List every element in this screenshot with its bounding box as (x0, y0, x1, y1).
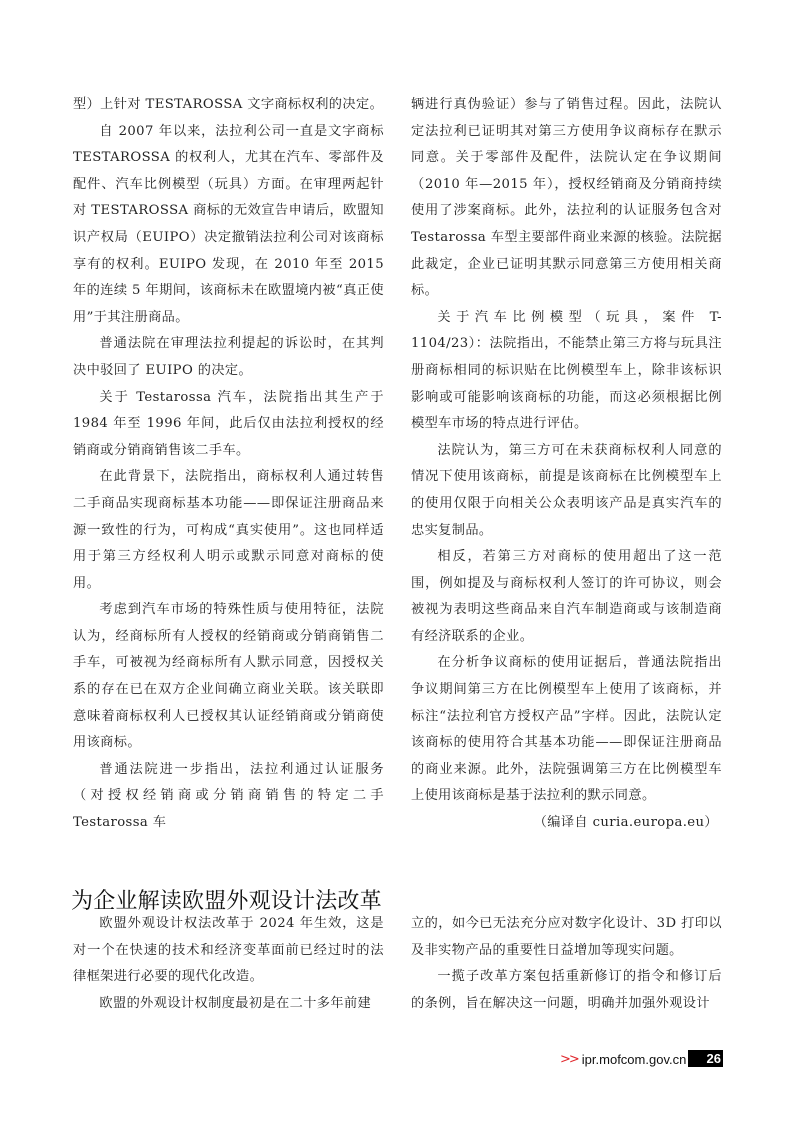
double-chevron-right-icon: >> (560, 1052, 578, 1067)
paragraph: 欧盟外观设计权法改革于 2024 年生效，这是对一个在快速的技术和经济变革面前已… (73, 911, 384, 991)
article2-left-column: 欧盟外观设计权法改革于 2024 年生效，这是对一个在快速的技术和经济变革面前已… (73, 911, 384, 1017)
paragraph: 欧盟的外观设计权制度最初是在二十多年前建 (73, 991, 384, 1018)
paragraph: 关于 Testarossa 汽车，法院指出其生产于 1984 年至 1996 年… (73, 385, 384, 465)
page-number: 26 (688, 1050, 723, 1067)
source-attribution: （编译自 curia.europa.eu） (411, 810, 722, 837)
paragraph: 考虑到汽车市场的特殊性质与使用特征，法院认为，经商标所有人授权的经销商或分销商销… (73, 597, 384, 757)
article1-right-column: 辆进行真伪验证）参与了销售过程。因此，法院认定法拉利已证明其对第三方使用争议商标… (411, 92, 722, 837)
paragraph: 法院认为，第三方可在未获商标权利人同意的情况下使用该商标，前提是该商标在比例模型… (411, 438, 722, 544)
paragraph: 自 2007 年以来，法拉利公司一直是文字商标 TESTAROSSA 的权利人，… (73, 119, 384, 332)
paragraph: 关于汽车比例模型（玩具，案件 T-1104/23）：法院指出，不能禁止第三方将与… (411, 305, 722, 438)
paragraph: 辆进行真伪验证）参与了销售过程。因此，法院认定法拉利已证明其对第三方使用争议商标… (411, 92, 722, 305)
article2-right-column: 立的，如今已无法充分应对数字化设计、3D 打印以及非实物产品的重要性日益增加等现… (411, 911, 722, 1017)
paragraph: 普通法院进一步指出，法拉利通过认证服务（对授权经销商或分销商销售的特定二手 Te… (73, 757, 384, 837)
paragraph: 一揽子改革方案包括重新修订的指令和修订后的条例，旨在解决这一问题，明确并加强外观… (411, 964, 722, 1017)
paragraph: 普通法院在审理法拉利提起的诉讼时，在其判决中驳回了 EUIPO 的决定。 (73, 331, 384, 384)
article1-left-column: 型）上针对 TESTAROSSA 文字商标权利的决定。 自 2007 年以来，法… (73, 92, 384, 837)
paragraph: 在分析争议商标的使用证据后，普通法院指出争议期间第三方在比例模型车上使用了该商标… (411, 650, 722, 810)
paragraph: 型）上针对 TESTAROSSA 文字商标权利的决定。 (73, 92, 384, 119)
paragraph: 在此背景下，法院指出，商标权利人通过转售二手商品实现商标基本功能——即保证注册商… (73, 464, 384, 597)
page-footer: >> ipr.mofcom.gov.cn (560, 1049, 686, 1069)
footer-website-link[interactable]: ipr.mofcom.gov.cn (582, 1052, 687, 1067)
paragraph: 相反，若第三方对商标的使用超出了这一范围，例如提及与商标权利人签订的许可协议，则… (411, 544, 722, 650)
paragraph: 立的，如今已无法充分应对数字化设计、3D 打印以及非实物产品的重要性日益增加等现… (411, 911, 722, 964)
